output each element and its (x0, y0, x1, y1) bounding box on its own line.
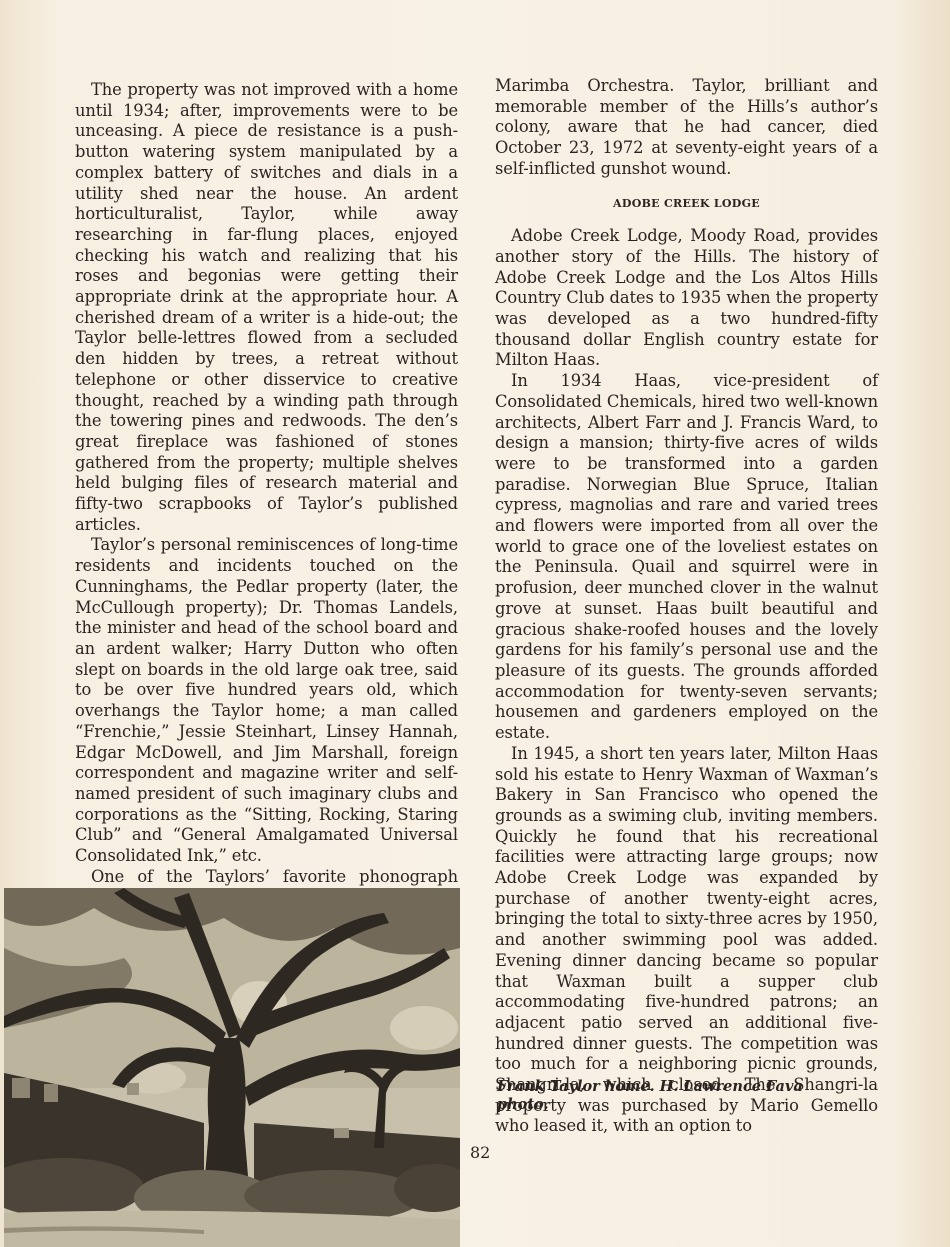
paragraph: Taylor’s personal reminiscences of long-… (75, 535, 458, 866)
photo-image-icon (4, 888, 460, 1247)
paragraph: The property was not improved with a hom… (75, 80, 458, 535)
right-text-column: Marimba Orchestra. Taylor, brilliant and… (495, 76, 878, 1137)
left-text-column: The property was not improved with a hom… (75, 80, 458, 970)
section-heading: ADOBE CREEK LODGE (495, 194, 878, 215)
page-number: 82 (470, 1143, 490, 1162)
paragraph: In 1934 Haas, vice-president of Consolid… (495, 371, 878, 744)
paragraph: Adobe Creek Lodge, Moody Road, provides … (495, 226, 878, 371)
photo-caption: Frank Taylor home. H. Lawrence Fava phot… (497, 1078, 807, 1114)
paragraph-continuation: Marimba Orchestra. Taylor, brilliant and… (495, 76, 878, 180)
oak-tree-photo (4, 888, 460, 1247)
